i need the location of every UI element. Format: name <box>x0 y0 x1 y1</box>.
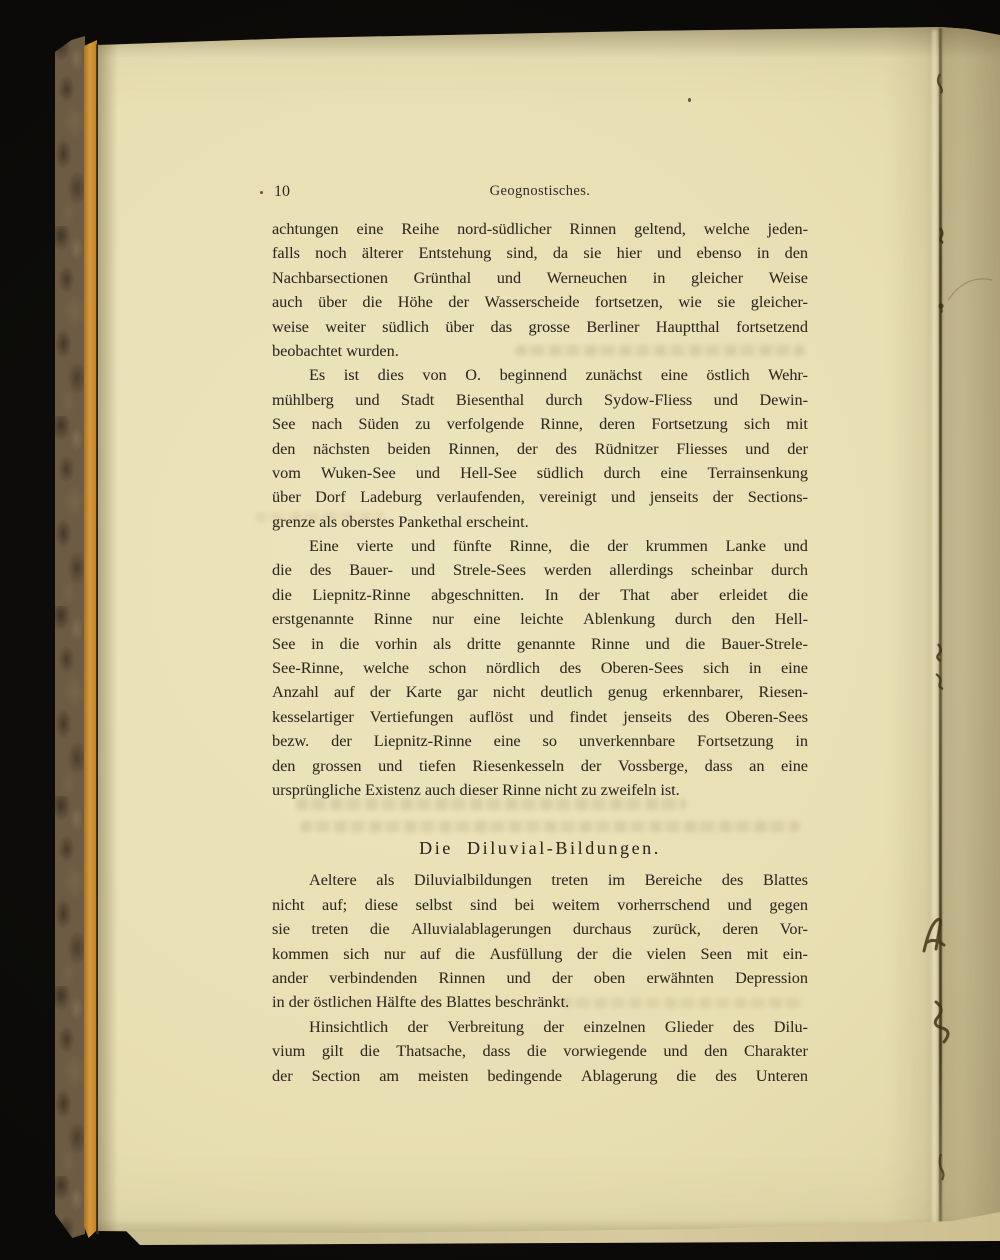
paper-speck <box>688 98 691 102</box>
stitch-mark <box>933 72 947 94</box>
text-line: sietretendieAlluvialablagerungendurchaus… <box>272 917 808 941</box>
paragraph: EsistdiesvonO.beginnendzunächsteineöstli… <box>272 363 808 534</box>
text-line: NachbarsectionenGrünthalundWerneuchening… <box>272 266 808 290</box>
stitch-mark <box>934 1152 948 1182</box>
text-line: SeeindievorhinalsdrittegenannteRinneundd… <box>272 632 808 656</box>
stitch-mark <box>918 915 952 957</box>
scratch-mark <box>946 258 996 304</box>
adjacent-page <box>942 27 1000 1234</box>
paragraph: HinsichtlichderVerbreitungdereinzelnenGl… <box>272 1015 808 1088</box>
text-line: AnzahlaufderKartegarnichtdeutlichgenuger… <box>272 680 808 704</box>
book-scan: 10 Geognostisches. achtungeneineReihenor… <box>0 0 1000 1260</box>
text-line: anderverbindendenRinnenundderobenerwähnt… <box>272 966 808 990</box>
book-page: 10 Geognostisches. achtungeneineReihenor… <box>0 0 1000 1260</box>
text-line: mühlbergundStadtBiesenthaldurchSydow-Fli… <box>272 388 808 412</box>
text-line: grenze als oberstes Pankethal erscheint. <box>272 510 808 534</box>
text-line: nichtauf;dieseselbstsindbeiweitemvorherr… <box>272 893 808 917</box>
text-line: beobachtet wurden. <box>272 339 808 363</box>
text-line: EinevierteundfünfteRinne,diederkrummenLa… <box>272 534 808 558</box>
text-line: diedesBauer-undStrele-Seeswerdenallerdin… <box>272 558 808 582</box>
stitch-mark <box>922 1000 952 1044</box>
page-header: 10 Geognostisches. <box>272 183 808 205</box>
paragraph: achtungeneineReihenord-südlicherRinnenge… <box>272 217 808 363</box>
text-line: erstgenannteRinnenureineleichteAblenkung… <box>272 607 808 631</box>
text-line: ursprüngliche Existenz auch dieser Rinne… <box>272 778 808 802</box>
text-line: vomWuken-SeeundHell-SeesüdlichdurcheineT… <box>272 461 808 485</box>
text-line: kesselartigerVertiefungenauflöstundfinde… <box>272 705 808 729</box>
page-number: 10 <box>274 183 290 201</box>
text-line: AelterealsDiluvialbildungentretenimBerei… <box>272 868 808 892</box>
text-line: See-Rinne,welcheschonnördlichdesOberen-S… <box>272 656 808 680</box>
text-line: dieLiepnitz-Rinneabgeschnitten.InderThat… <box>272 583 808 607</box>
text-line: weiseweitersüdlichüberdasgrosseBerlinerH… <box>272 315 808 339</box>
paragraph: AelterealsDiluvialbildungentretenimBerei… <box>272 868 808 1014</box>
book-binding-edge <box>55 36 85 1238</box>
text-line: derSectionammeistenbedingendeAblagerungd… <box>272 1064 808 1088</box>
text-line: dengrossenundtiefenRiesenkesselnderVossb… <box>272 754 808 778</box>
text-line: dennächstenbeidenRinnen,derdesRüdnitzerF… <box>272 437 808 461</box>
stitch-mark <box>934 226 948 244</box>
text-line: achtungeneineReihenord-südlicherRinnenge… <box>272 217 808 241</box>
text-line: in der östlichen Hälfte des Blattes besc… <box>272 990 808 1014</box>
stitch-mark <box>930 642 946 662</box>
page-edge-shadow-top <box>98 26 1000 58</box>
text-line: viumgiltdieThatsache,dassdievorwiegendeu… <box>272 1039 808 1063</box>
section-heading: Die Diluvial-Bildungen. <box>272 835 808 861</box>
text-line: HinsichtlichderVerbreitungdereinzelnenGl… <box>272 1015 808 1039</box>
paragraph: EinevierteundfünfteRinne,diederkrummenLa… <box>272 534 808 802</box>
text-line: EsistdiesvonO.beginnendzunächsteineöstli… <box>272 363 808 387</box>
text-line: überDorfLadeburgverlaufenden,vereinigtun… <box>272 485 808 509</box>
paper-speck <box>260 191 263 194</box>
text-line: fallsnochältererEntstehungsind,dasiehier… <box>272 241 808 265</box>
running-header: Geognostisches. <box>272 183 808 200</box>
body-text: achtungeneineReihenord-südlicherRinnenge… <box>272 217 808 1088</box>
page-edge-shadow-left <box>98 27 118 1234</box>
stitch-mark <box>931 672 947 690</box>
text-line: auchüberdieHöhederWasserscheidefortsetze… <box>272 290 808 314</box>
text-line: bezw.derLiepnitz-Rinneeinesounverkennbar… <box>272 729 808 753</box>
gutter-highlight <box>932 30 937 1226</box>
text-line: SeenachSüdenzuverfolgendeRinne,derenFort… <box>272 412 808 436</box>
text-line: kommensichnuraufdieAusfüllungderdieviele… <box>272 942 808 966</box>
